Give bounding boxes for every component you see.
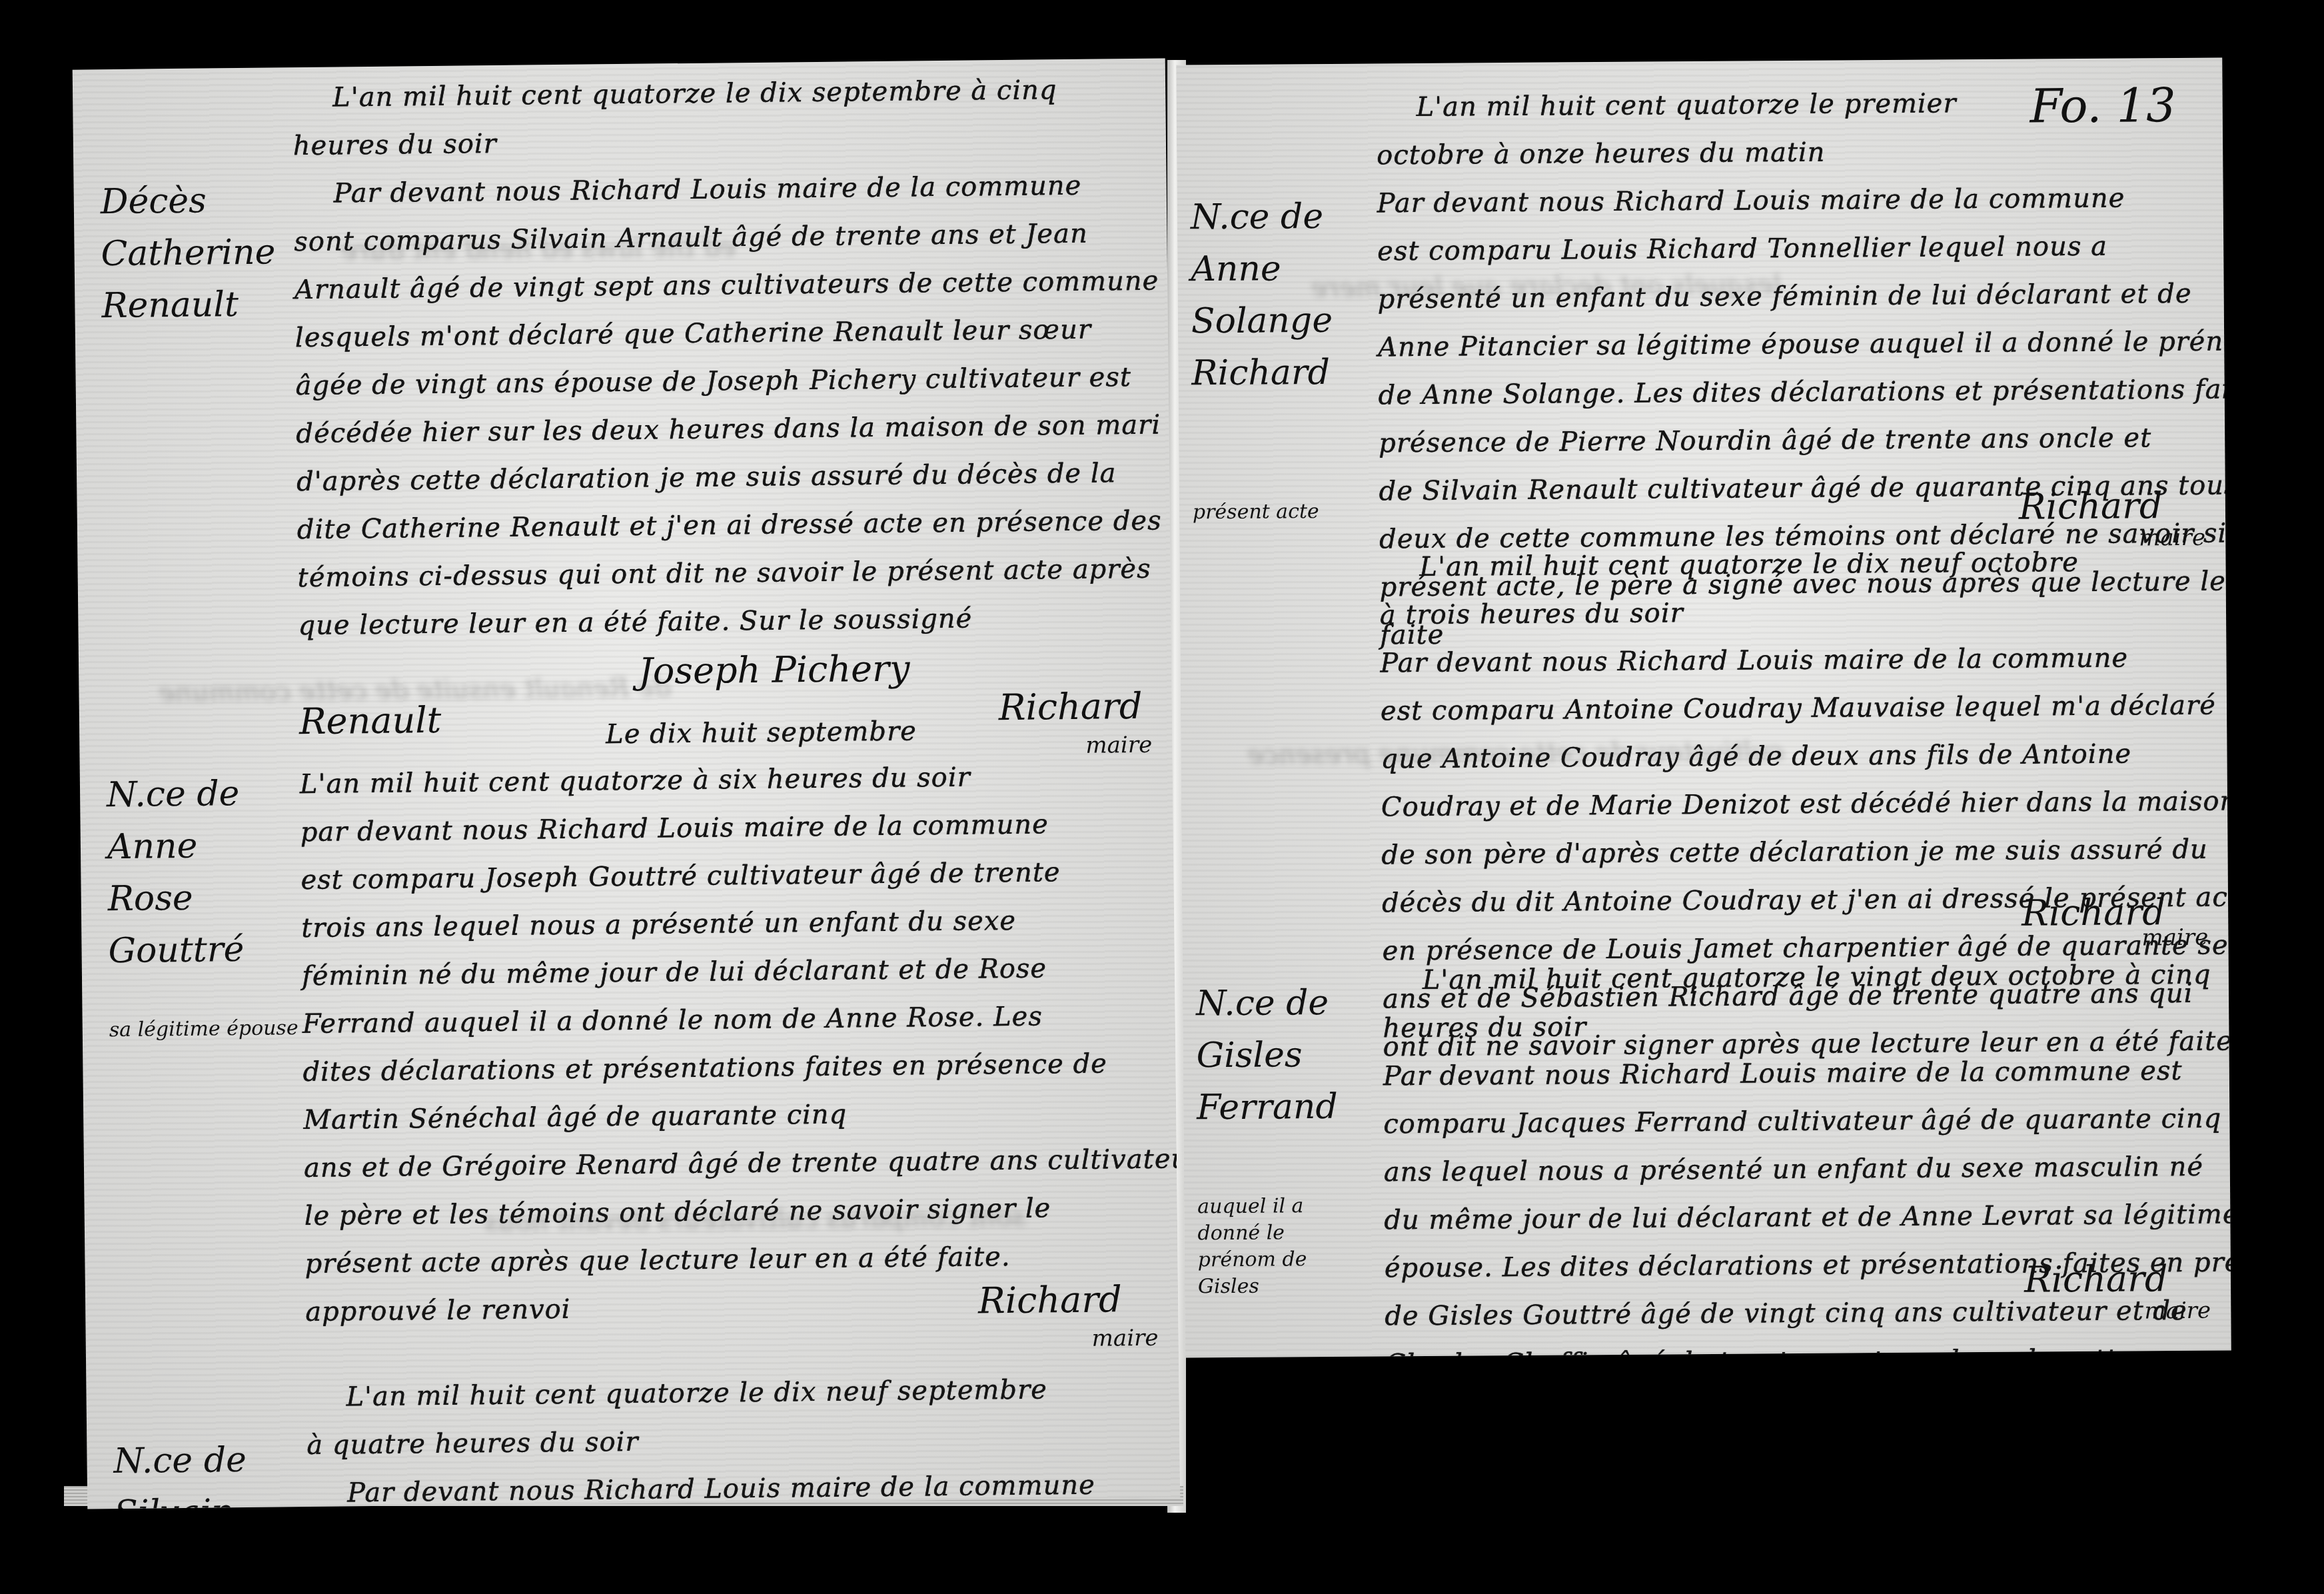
margin-note-line: Décès	[100, 174, 300, 228]
text-line: Anne Pitancier sa légitime épouse auquel…	[1378, 318, 2191, 372]
text-line: de son père d'après cette déclaration je…	[1381, 826, 2194, 880]
margin-note-line: N.ce de	[1196, 976, 1397, 1030]
margin-note-entry-2: N.ce de Anne Rose Gouttré sa légitime ép…	[107, 767, 309, 1044]
text-line: L'an mil huit cent quatorze le dix neuf …	[1379, 538, 2192, 592]
text-line: à trois heures du soir	[1380, 586, 2193, 640]
signature-title: maire	[2144, 1297, 2211, 1325]
text-line: heures du soir	[293, 113, 1133, 170]
margin-note-line: Anne	[1191, 242, 1391, 295]
margin-note-line: Silvain	[114, 1485, 314, 1509]
text-line: Coudray et de Marie Denizot est décédé h…	[1381, 778, 2194, 832]
margin-note-line: Gisles	[1196, 1028, 1397, 1082]
text-line: trois ans lequel nous a présenté un enfa…	[301, 896, 1141, 952]
text-line: présence de Pierre Nourdin âgé de trente…	[1379, 414, 2191, 468]
text-line: par devant nous Richard Louis maire de l…	[300, 800, 1140, 856]
text-line: Ferrand auquel il a donné le nom de Anne…	[302, 992, 1142, 1048]
text-line: Arnault âgé de vingt sept ans cultivateu…	[294, 257, 1135, 314]
text-line: est comparu Antoine Coudray Mauvaise leq…	[1381, 682, 2193, 736]
margin-note-entry-1: N.ce de Anne Solange Richard présent act…	[1191, 190, 1393, 526]
signature: Richard	[2019, 484, 2163, 528]
margin-note-line: Richard	[1191, 346, 1392, 399]
text-line: décédée hier sur les deux heures dans la…	[296, 401, 1136, 458]
margin-note-line: N.ce de	[107, 767, 307, 821]
text-line: que lecture leur en a été faite. Sur le …	[298, 593, 1138, 650]
margin-note-line: Gouttré	[108, 923, 308, 977]
text-line: L'an mil huit cent quatorze à six heures…	[300, 752, 1140, 808]
text-line: sont comparus Silvain Arnault âgé de tre…	[294, 209, 1134, 266]
margin-note-line: N.ce de	[1191, 190, 1391, 243]
margin-note-line: Solange	[1191, 294, 1392, 347]
margin-insert: présent acte	[1193, 498, 1393, 526]
text-line: L'an mil huit cent quatorze le dix septe…	[292, 65, 1133, 122]
text-line: féminin né du même jour de lui déclarant…	[302, 944, 1142, 1000]
left-page: ed the laws ed hend ent dure de Renault …	[73, 58, 1181, 1509]
text-line: L'an mil huit cent quatorze le dix neuf …	[306, 1365, 1146, 1421]
margin-note-entry-3: N.ce de Gisles Ferrand auquel il a donné…	[1196, 976, 1398, 1300]
text-line: ans et de Grégoire Renard âgé de trente …	[304, 1136, 1144, 1192]
text-line: de Anne Solange. Les dites déclarations …	[1378, 366, 2191, 420]
text-line: est comparu Joseph Gouttré cultivateur â…	[300, 848, 1141, 904]
margin-note-line: Ferrand	[1197, 1080, 1397, 1134]
signature: Richard	[978, 1278, 1122, 1321]
text-line: comparu Jacques Ferrand cultivateur âgé …	[1383, 1095, 2196, 1149]
text-line: lesquels m'ont déclaré que Catherine Ren…	[295, 305, 1135, 362]
text-line: d'après cette déclaration je me suis ass…	[296, 449, 1137, 506]
margin-note-entry-3: N.ce de Silvain	[113, 1433, 314, 1509]
margin-note-line: Rose	[107, 871, 308, 925]
text-line: à quatre heures du soir	[306, 1413, 1147, 1469]
record-entry-3: L'an mil huit cent quatorze le dix neuf …	[306, 1365, 1147, 1509]
entry-heading: Le dix huit septembre	[606, 707, 917, 758]
text-line: heures du soir	[1383, 999, 2195, 1053]
text-line: Par devant nous Richard Louis maire de l…	[1383, 1047, 2196, 1101]
text-line: L'an mil huit cent quatorze le vingt deu…	[1383, 951, 2195, 1005]
signature-title: maire	[1092, 1325, 1159, 1352]
text-line: dite Catherine Renault et j'en ai dressé…	[297, 497, 1137, 554]
text-line: Par devant nous Richard Louis maire de l…	[293, 161, 1133, 218]
text-line: est comparu Louis Richard Tonnellier leq…	[1377, 222, 2190, 276]
text-line: Martin Sénéchal âgé de quarante cinq	[303, 1088, 1143, 1144]
signature-title: maire	[2141, 924, 2208, 952]
signature: Joseph Pichery	[638, 648, 910, 692]
right-page: Fo. 13 lesquels ont declare que leur mer…	[1176, 58, 2231, 1358]
text-line: ans lequel nous a présenté un enfant du …	[1384, 1143, 2197, 1197]
text-line: L'an mil huit cent quatorze le premier	[1376, 78, 2189, 132]
text-line: témoins ci-dessus qui ont dit ne savoir …	[297, 545, 1137, 602]
text-line: du même jour de lui déclarant et de Anne…	[1384, 1191, 2197, 1245]
text-line: octobre à onze heures du matin	[1377, 126, 2189, 180]
margin-note-line: N.ce de	[113, 1433, 314, 1487]
margin-note-line: Renault	[101, 278, 302, 332]
record-entry-2: L'an mil huit cent quatorze à six heures…	[300, 752, 1145, 1336]
margin-note-line: Anne	[107, 819, 308, 873]
text-line: dites déclarations et présentations fait…	[302, 1040, 1143, 1096]
margin-note-entry-1: Décès Catherine Renault	[100, 174, 301, 332]
signature: Richard	[999, 685, 1143, 728]
text-line: présenté un enfant du sexe féminin de lu…	[1377, 270, 2190, 324]
text-line: le père et les témoins ont déclaré ne sa…	[304, 1184, 1144, 1240]
margin-note-line: Catherine	[101, 226, 301, 280]
signature: Renault	[299, 699, 442, 742]
text-line: âgée de vingt ans épouse de Joseph Piche…	[295, 353, 1135, 410]
margin-insert: auquel il a donné le prénom de Gisles	[1197, 1193, 1345, 1301]
signature: Richard	[2024, 1257, 2168, 1301]
text-line: Par devant nous Richard Louis maire de l…	[1380, 634, 2193, 688]
margin-insert: sa légitime épouse	[109, 1015, 309, 1044]
text-line: Par devant nous Richard Louis maire de l…	[1377, 174, 2189, 228]
text-line: que Antoine Coudray âgé de deux ans fils…	[1381, 730, 2193, 784]
record-entry-1: L'an mil huit cent quatorze le dix septe…	[292, 65, 1138, 650]
